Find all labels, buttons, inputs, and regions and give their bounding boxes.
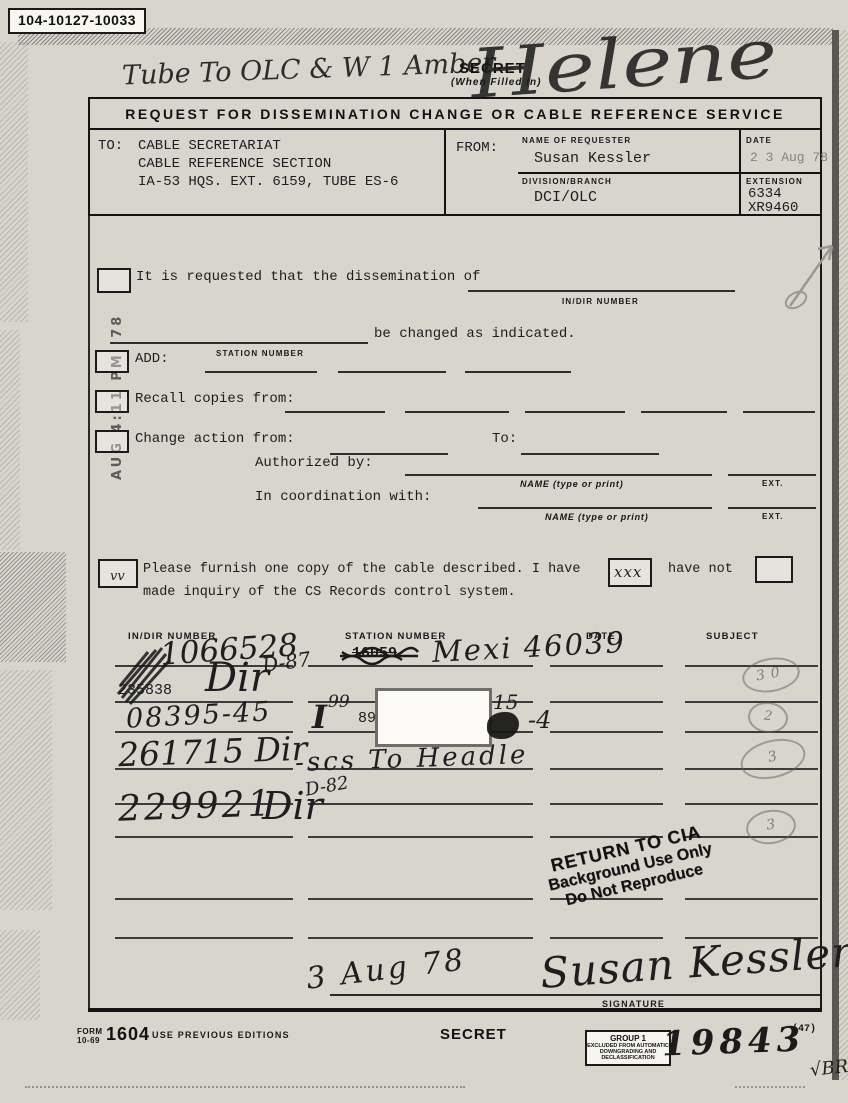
table-header-subject: SUBJECT <box>706 631 759 642</box>
to-line-2: CABLE REFERENCE SECTION <box>138 156 331 172</box>
coordination-name-caption: NAME (type or print) <box>545 512 649 522</box>
recall-line-2 <box>405 411 509 413</box>
scan-artifact-dots-1 <box>25 1086 465 1088</box>
coordination-ext-line <box>728 507 816 509</box>
row3-prefix-script: I <box>312 698 327 736</box>
scan-texture-left-5 <box>0 930 40 1020</box>
add-line-3 <box>465 371 571 373</box>
authorized-ext-line <box>728 474 816 476</box>
footer-use-previous: USE PREVIOUS EDITIONS <box>152 1030 290 1040</box>
from-name-rule <box>518 172 739 174</box>
top-annotation: Tube To OLC & W 1 Amber <box>122 47 496 91</box>
furnish-checkbox-mark: vv <box>110 569 125 584</box>
form-title-bar: REQUEST FOR DISSEMINATION CHANGE OR CABL… <box>88 97 822 130</box>
table-line <box>550 768 663 770</box>
change-checkbox <box>95 430 129 453</box>
table-line <box>685 898 818 900</box>
table-line <box>308 898 533 900</box>
table-line <box>550 731 663 733</box>
scan-texture-left-3 <box>0 552 66 662</box>
table-line <box>685 803 818 805</box>
to-label: TO: <box>98 138 123 154</box>
have-not-text: have not <box>668 562 733 577</box>
scanned-document-page: 104-10127-10033 Tube To OLC & W 1 Amber … <box>0 0 848 1103</box>
table-line <box>685 701 818 703</box>
division-branch-label: DIVISION/BRANCH <box>522 177 612 186</box>
signature-caption: SIGNATURE <box>602 999 665 1009</box>
i-have-checkbox-mark: xxx <box>614 563 642 581</box>
row1-subject-mark: 30 <box>739 653 802 697</box>
add-label: ADD: <box>135 351 169 367</box>
group-line-1: GROUP 1 <box>587 1034 669 1043</box>
recall-checkbox <box>95 390 129 413</box>
scan-texture-right <box>839 30 848 1080</box>
in-dir-number-line <box>468 290 735 292</box>
return-to-cia-stamp: RETURN TO CIA Background Use Only Do Not… <box>502 811 758 923</box>
scan-texture-left-2 <box>0 330 20 550</box>
have-not-checkbox <box>755 556 793 583</box>
request-checkbox <box>97 268 131 293</box>
footer-form-word: FORM <box>77 1027 103 1036</box>
table-line <box>550 937 663 939</box>
row1-station: Mexi 46039 <box>431 625 626 669</box>
add-line-2 <box>338 371 446 373</box>
recall-line-5 <box>743 411 815 413</box>
row4-subject-mark: 3 <box>736 733 809 786</box>
ink-blob <box>487 712 519 739</box>
corner-initials: √BR <box>809 1056 848 1081</box>
row3-in-dir: 08395-45 <box>125 696 272 735</box>
scan-texture-left-1 <box>0 42 28 322</box>
to-from-divider <box>444 130 446 214</box>
in-dir-number-caption: IN/DIR NUMBER <box>562 297 639 306</box>
to-from-block: TO: CABLE SECRETARIAT CABLE REFERENCE SE… <box>88 130 822 216</box>
row3-after-box: 15 <box>493 690 518 714</box>
from-label: FROM: <box>456 140 498 156</box>
authorized-line <box>405 474 712 476</box>
record-number-stamp: 104-10127-10033 <box>8 8 146 34</box>
table-line <box>550 803 663 805</box>
request-text: It is requested that the dissemination o… <box>136 269 480 285</box>
furnish-text: Please furnish one copy of the cable des… <box>143 562 580 577</box>
coordination-ext-caption: EXT. <box>762 512 784 521</box>
scan-artifact-dots-2 <box>735 1086 805 1088</box>
add-line-1 <box>205 371 317 373</box>
change-to-label: To: <box>492 431 517 447</box>
recall-line-4 <box>641 411 727 413</box>
footer-classification: SECRET <box>440 1026 507 1043</box>
form-title: REQUEST FOR DISSEMINATION CHANGE OR CABL… <box>125 106 785 122</box>
station-number-line <box>110 342 368 344</box>
extension-label: EXTENSION <box>746 177 803 186</box>
coordination-label: In coordination with: <box>255 489 431 505</box>
row3-subject-mark: 2 <box>746 700 789 735</box>
to-line-1: CABLE SECRETARIAT <box>138 138 281 154</box>
date-value: 2 3 Aug 78 <box>750 150 828 165</box>
authorized-name-caption: NAME (type or print) <box>520 479 624 489</box>
form-right-border <box>820 216 822 1008</box>
division-branch-value: DCI/OLC <box>534 189 597 206</box>
row2-station-script: Dir <box>205 655 269 701</box>
table-line <box>308 803 533 805</box>
authorized-ext-caption: EXT. <box>762 479 784 488</box>
form-bottom-border <box>88 1008 822 1012</box>
redaction-box <box>375 688 492 747</box>
changed-text: be changed as indicated. <box>374 326 576 342</box>
change-to-line <box>521 453 659 455</box>
signature-date-script: 3 Aug 78 <box>304 942 468 996</box>
coordination-line <box>478 507 712 509</box>
table-line <box>115 937 293 939</box>
date-label: DATE <box>746 136 772 145</box>
table-line <box>115 898 293 900</box>
authorized-label: Authorized by: <box>255 455 373 471</box>
footer-control-number: 19843 <box>661 1020 806 1065</box>
footer-form-number: 1604 <box>106 1024 150 1045</box>
row2-station-sup: D-87 <box>261 647 312 678</box>
strike-scribble <box>340 646 420 666</box>
row3-date-mark: -4 <box>528 706 551 734</box>
table-line <box>550 701 663 703</box>
row2-in-dir: 235838 <box>118 682 172 699</box>
from-date-rule <box>739 172 822 174</box>
group-1-box: GROUP 1 EXCLUDED FROM AUTOMATIC DOWNGRAD… <box>585 1030 671 1066</box>
recall-line-3 <box>525 411 625 413</box>
name-of-requester-value: Susan Kessler <box>534 150 651 167</box>
footer-form-date: 10-69 <box>77 1036 100 1045</box>
row3-prefix-sup: 99 <box>328 692 350 712</box>
recall-line-1 <box>285 411 385 413</box>
table-line <box>115 836 293 838</box>
form-left-border <box>88 216 90 1008</box>
table-line <box>308 937 533 939</box>
inquiry-text: made inquiry of the CS Records control s… <box>143 585 516 600</box>
row5-in-dir: 229921 <box>117 783 274 829</box>
table-line <box>685 731 818 733</box>
group-line-4: DECLASSIFICATION <box>587 1055 669 1061</box>
add-checkbox <box>95 350 129 373</box>
name-of-requester-label: NAME OF REQUESTER <box>522 136 631 145</box>
row4-in-dir: 261715 Dir <box>117 729 308 775</box>
pencil-arrow-mark <box>780 236 844 316</box>
station-number-caption: STATION NUMBER <box>216 349 304 358</box>
table-line <box>308 836 533 838</box>
record-number: 104-10127-10033 <box>18 12 136 28</box>
extension-value-2: XR9460 <box>748 200 798 216</box>
recall-label: Recall copies from: <box>135 391 295 407</box>
table-line <box>550 665 663 667</box>
to-line-3: IA-53 HQS. EXT. 6159, TUBE ES-6 <box>138 174 398 190</box>
change-label: Change action from: <box>135 431 295 447</box>
footer-page-note: (47) <box>792 1024 816 1035</box>
scan-texture-left-4 <box>0 670 52 910</box>
